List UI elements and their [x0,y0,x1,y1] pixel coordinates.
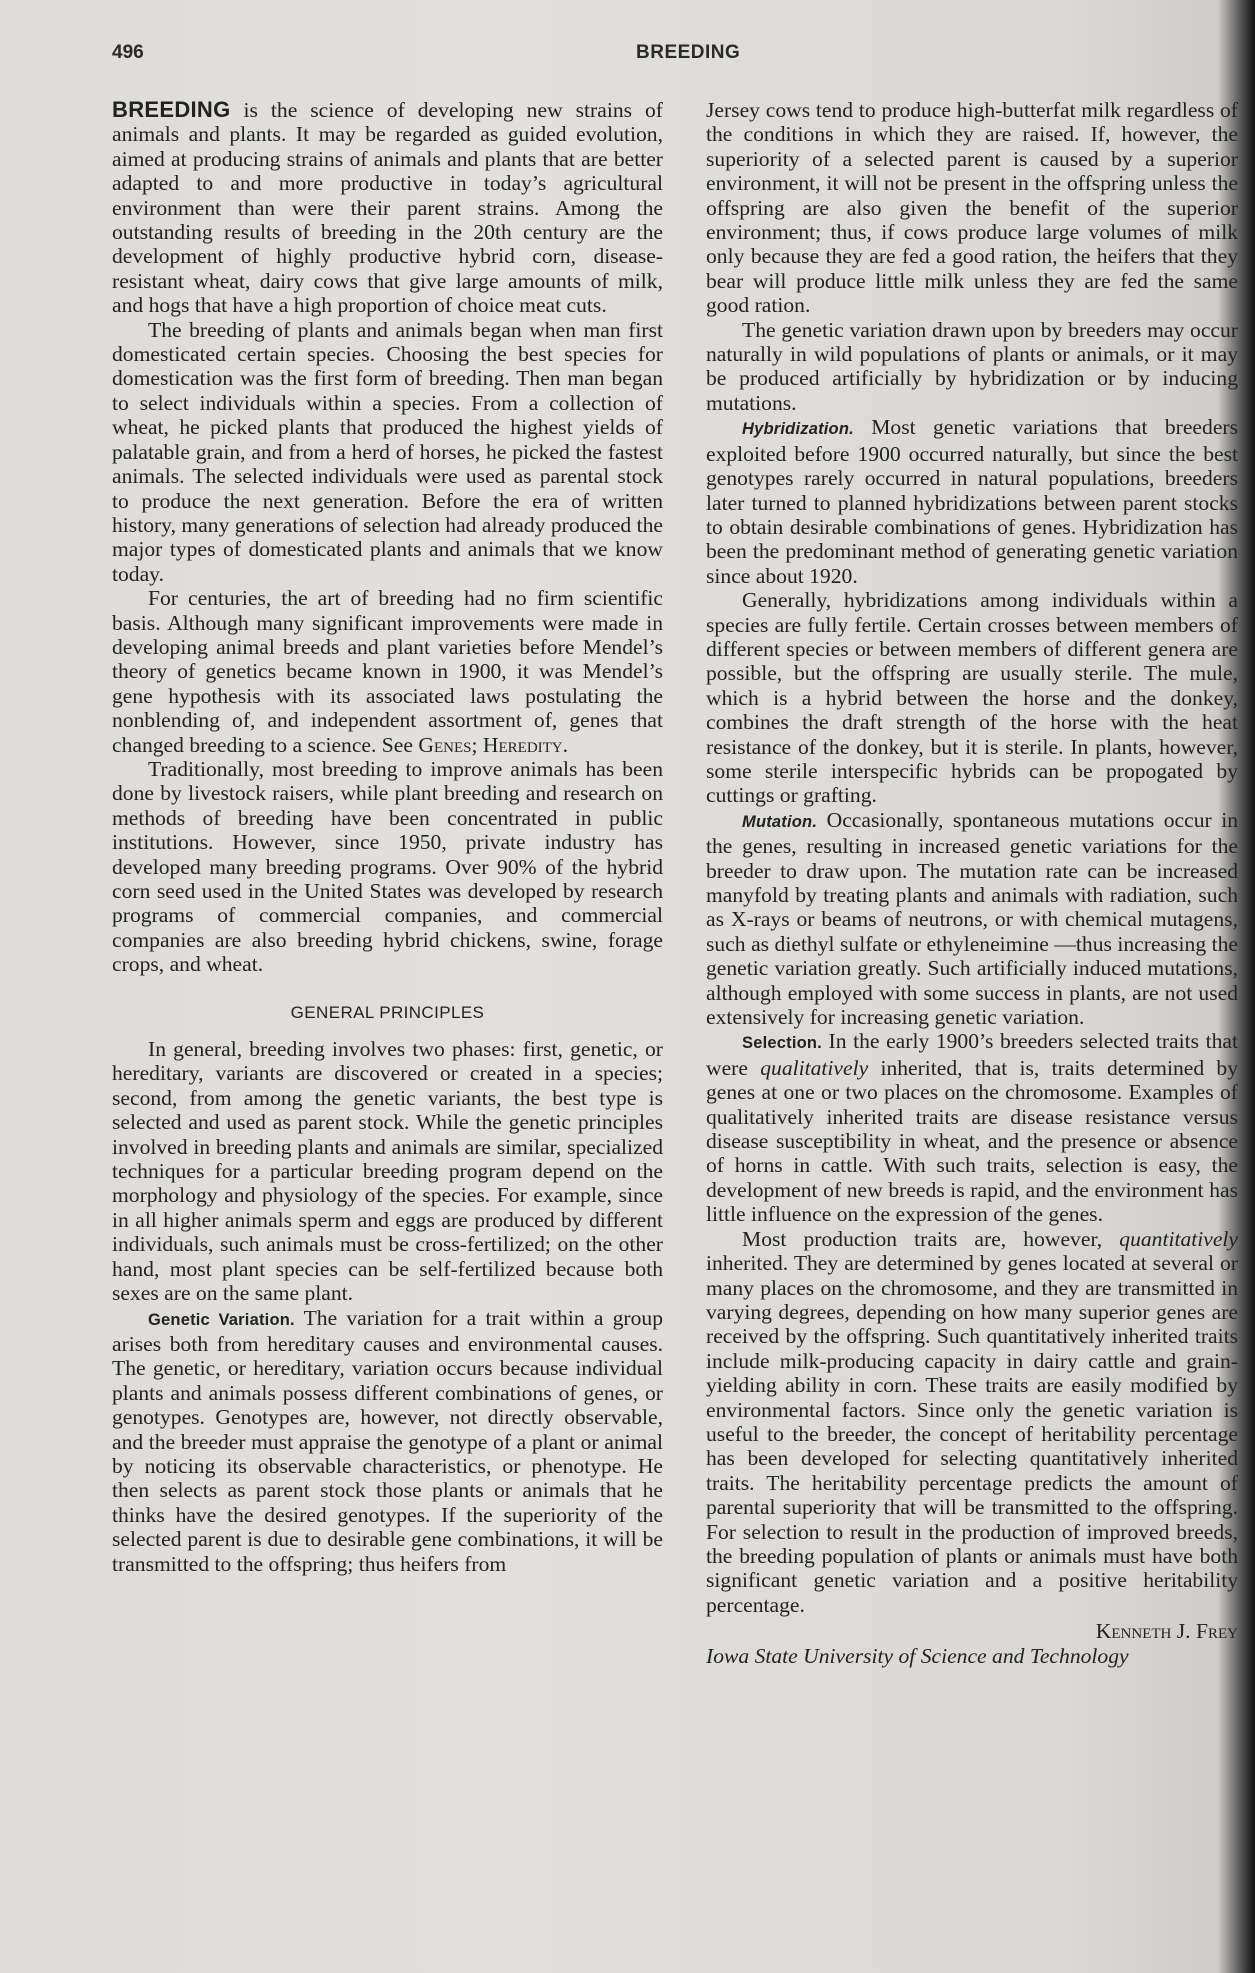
page-number: 496 [112,42,144,64]
production-text-before: Most production traits are, however, [742,1227,1119,1251]
paragraph-two-phases: In general, breeding involves two phases… [112,1037,663,1305]
production-text-after: inherited. They are determined by genes … [706,1251,1238,1617]
section-heading-general-principles: GENERAL PRINCIPLES [112,1001,663,1025]
run-in-heading-selection: Selection. [742,1034,822,1052]
intro-text: is the science of developing new strains… [112,98,663,317]
paragraph-mendel: For centuries, the art of breeding had n… [112,586,663,757]
cross-reference-heredity[interactable]: Heredity [483,733,563,757]
paragraph-domestication: The breeding of plants and animals began… [112,318,663,586]
intro-paragraph: BREEDING is the science of developing ne… [112,98,663,318]
entry-headword: BREEDING [112,97,231,122]
encyclopedia-page: 496 BREEDING BREEDING is the science of … [0,0,1255,1973]
cross-reference-genes[interactable]: Genes [418,733,471,757]
paragraph-industry: Traditionally, most breeding to improve … [112,757,663,977]
run-in-heading-hybridization: Hybridization. [742,420,854,438]
genetic-variation-text: The variation for a trait within a group… [112,1306,663,1576]
run-in-heading-genetic-variation: Genetic Variation. [148,1311,295,1329]
paragraph-mutation: Mutation. Occasionally, spontaneous muta… [706,808,1238,1030]
paragraph-mendel-text: For centuries, the art of breeding had n… [112,586,663,756]
paragraph-variation-sources: The genetic variation drawn upon by bree… [706,318,1238,416]
xref-separator: ; [471,733,482,757]
running-head-title: BREEDING [636,42,740,64]
author-affiliation: Iowa State University of Science and Tec… [706,1644,1238,1668]
paragraph-selection: Selection. In the early 1900’s breeders … [706,1029,1238,1226]
paragraph-genetic-variation: Genetic Variation. The variation for a t… [112,1306,663,1576]
hybridization-text: Most genetic variations that breeders ex… [706,415,1238,587]
paragraph-quantitative-traits: Most production traits are, however, qua… [706,1227,1238,1618]
left-column: BREEDING is the science of developing ne… [112,98,663,1576]
emphasis-qualitatively: qualitatively [760,1056,868,1080]
selection-text-after: inherited, that is, traits determined by… [706,1056,1238,1226]
running-head: 496 BREEDING [112,42,1255,70]
run-in-heading-mutation: Mutation. [742,813,817,831]
author-signature: Kenneth J. Frey [706,1619,1238,1643]
right-column: Jersey cows tend to produce high-butterf… [706,98,1238,1668]
paragraph-continuation: Jersey cows tend to produce high-butterf… [706,98,1238,318]
mutation-text: Occasionally, spontaneous mutations occu… [706,808,1238,1029]
emphasis-quantitatively: quantitatively [1119,1227,1238,1251]
sentence-end: . [563,733,568,757]
paragraph-hybrid-fertility: Generally, hybridizations among individu… [706,588,1238,808]
paragraph-hybridization: Hybridization. Most genetic variations t… [706,415,1238,588]
